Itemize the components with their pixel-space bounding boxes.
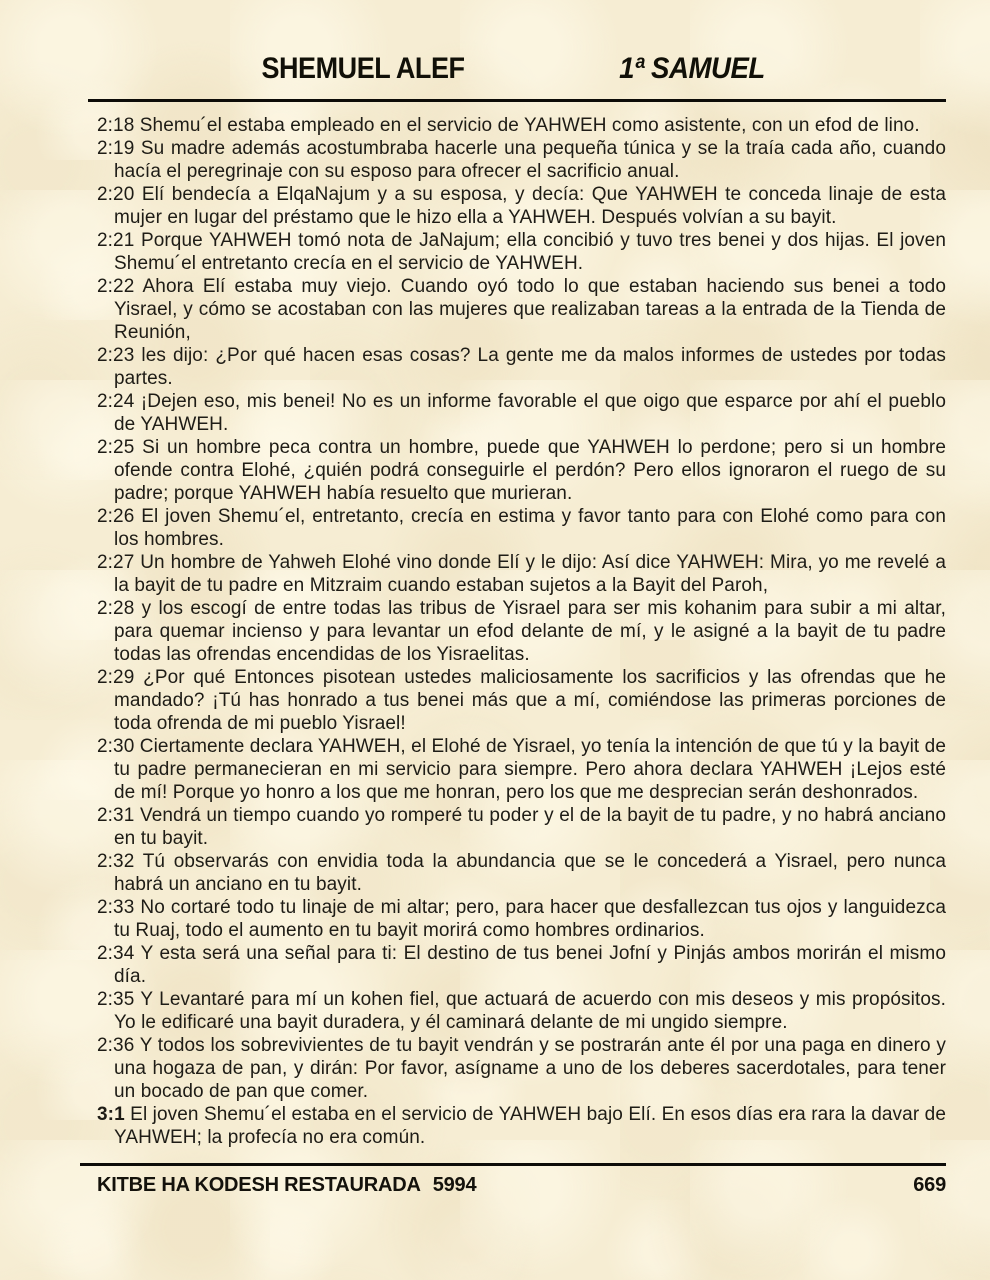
verse: 2:24 ¡Dejen eso, mis benei! No es un inf… bbox=[97, 390, 946, 436]
verse: 2:23 les dijo: ¿Por qué hacen esas cosas… bbox=[97, 344, 946, 390]
page-title-hebrew: SHEMUEL ALEF bbox=[261, 52, 464, 86]
verse: 2:26 El joven Shemu´el, entretanto, crec… bbox=[97, 505, 946, 551]
verse-number: 2:24 bbox=[97, 391, 134, 412]
verse: 2:27 Un hombre de Yahweh Elohé vino dond… bbox=[97, 551, 946, 597]
verse-text: Un hombre de Yahweh Elohé vino donde Elí… bbox=[114, 552, 946, 596]
verse-number: 2:21 bbox=[97, 230, 134, 251]
verse-text: Porque YAHWEH tomó nota de JaNajum; ella… bbox=[114, 230, 946, 274]
verse-text: Su madre además acostumbraba hacerle una… bbox=[114, 138, 946, 182]
verse: 2:33 No cortaré todo tu linaje de mi alt… bbox=[97, 896, 946, 942]
verse-text: Ahora Elí estaba muy viejo. Cuando oyó t… bbox=[114, 276, 946, 343]
verse-number: 2:18 bbox=[97, 115, 134, 136]
verse-text: Y esta será una señal para ti: El destin… bbox=[114, 943, 946, 987]
footer-year: 5994 bbox=[433, 1174, 477, 1196]
verse: 2:19 Su madre además acostumbraba hacerl… bbox=[97, 137, 946, 183]
verse: 2:32 Tú observarás con envidia toda la a… bbox=[97, 850, 946, 896]
verse-text: Shemu´el estaba empleado en el servicio … bbox=[140, 115, 920, 136]
verse-number: 2:23 bbox=[97, 345, 134, 366]
verse-number: 2:35 bbox=[97, 989, 134, 1010]
verse: 2:35 Y Levantaré para mí un kohen fiel, … bbox=[97, 988, 946, 1034]
verse-text: Elí bendecía a ElqaNajum y a su esposa, … bbox=[114, 184, 946, 228]
verse-number: 2:33 bbox=[97, 897, 134, 918]
verse-number: 2:32 bbox=[97, 851, 134, 872]
verse-text: ¡Dejen eso, mis benei! No es un informe … bbox=[114, 391, 946, 435]
verse-text: ¿Por qué Entonces pisotean ustedes malic… bbox=[114, 667, 946, 734]
verse-text: Vendrá un tiempo cuando yo romperé tu po… bbox=[114, 805, 946, 849]
verse: 2:22 Ahora Elí estaba muy viejo. Cuando … bbox=[97, 275, 946, 344]
verse-text: Y todos los sobrevivientes de tu bayit v… bbox=[114, 1035, 946, 1102]
verse-number: 2:22 bbox=[97, 276, 134, 297]
footer-rule bbox=[80, 1163, 946, 1166]
verse: 2:20 Elí bendecía a ElqaNajum y a su esp… bbox=[97, 183, 946, 229]
verse-number: 2:29 bbox=[97, 667, 134, 688]
verse-number: 2:36 bbox=[97, 1035, 134, 1056]
verse-text: No cortaré todo tu linaje de mi altar; p… bbox=[114, 897, 946, 941]
verse-number: 2:26 bbox=[97, 506, 134, 527]
verse-number: 2:30 bbox=[97, 736, 134, 757]
verse-text: Y Levantaré para mí un kohen fiel, que a… bbox=[114, 989, 946, 1033]
verse: 2:25 Si un hombre peca contra un hombre,… bbox=[97, 436, 946, 505]
verse-text: El joven Shemu´el, entretanto, crecía en… bbox=[114, 506, 946, 550]
verse-number: 2:27 bbox=[97, 552, 134, 573]
verse-text: Tú observarás con envidia toda la abunda… bbox=[114, 851, 946, 895]
verse: 2:29 ¿Por qué Entonces pisotean ustedes … bbox=[97, 666, 946, 735]
page-footer: KITBE HA KODESH RESTAURADA5994 669 bbox=[97, 1174, 946, 1197]
header-rule bbox=[88, 99, 946, 102]
verse-number: 2:19 bbox=[97, 138, 134, 159]
verse: 2:31 Vendrá un tiempo cuando yo romperé … bbox=[97, 804, 946, 850]
verse: 2:21 Porque YAHWEH tomó nota de JaNajum;… bbox=[97, 229, 946, 275]
verse-number: 2:28 bbox=[97, 598, 134, 619]
page-number: 669 bbox=[913, 1174, 946, 1197]
verse-text: y los escogí de entre todas las tribus d… bbox=[114, 598, 946, 665]
verse-text: El joven Shemu´el estaba en el servicio … bbox=[114, 1104, 946, 1148]
verse: 3:1 El joven Shemu´el estaba en el servi… bbox=[97, 1103, 946, 1149]
footer-book-title: KITBE HA KODESH RESTAURADA5994 bbox=[97, 1174, 476, 1197]
verse: 2:28 y los escogí de entre todas las tri… bbox=[97, 597, 946, 666]
footer-book-label: KITBE HA KODESH RESTAURADA bbox=[97, 1174, 421, 1196]
verse: 2:30 Ciertamente declara YAHWEH, el Eloh… bbox=[97, 735, 946, 804]
verse-text: Si un hombre peca contra un hombre, pued… bbox=[114, 437, 946, 504]
verse-text: les dijo: ¿Por qué hacen esas cosas? La … bbox=[114, 345, 946, 389]
verse-text: Ciertamente declara YAHWEH, el Elohé de … bbox=[114, 736, 946, 803]
verse-number: 2:25 bbox=[97, 437, 134, 458]
verse: 2:36 Y todos los sobrevivientes de tu ba… bbox=[97, 1034, 946, 1103]
verse-number: 3:1 bbox=[97, 1104, 125, 1125]
page-title-spanish: 1ª SAMUEL bbox=[619, 52, 765, 86]
document-page: SHEMUEL ALEF 1ª SAMUEL 2:18 Shemu´el est… bbox=[0, 0, 990, 1280]
verse: 2:18 Shemu´el estaba empleado en el serv… bbox=[97, 114, 946, 137]
verse-number: 2:31 bbox=[97, 805, 134, 826]
verse-number: 2:34 bbox=[97, 943, 134, 964]
verse: 2:34 Y esta será una señal para ti: El d… bbox=[97, 942, 946, 988]
verse-number: 2:20 bbox=[97, 184, 134, 205]
verse-text-block: 2:18 Shemu´el estaba empleado en el serv… bbox=[97, 114, 946, 1149]
